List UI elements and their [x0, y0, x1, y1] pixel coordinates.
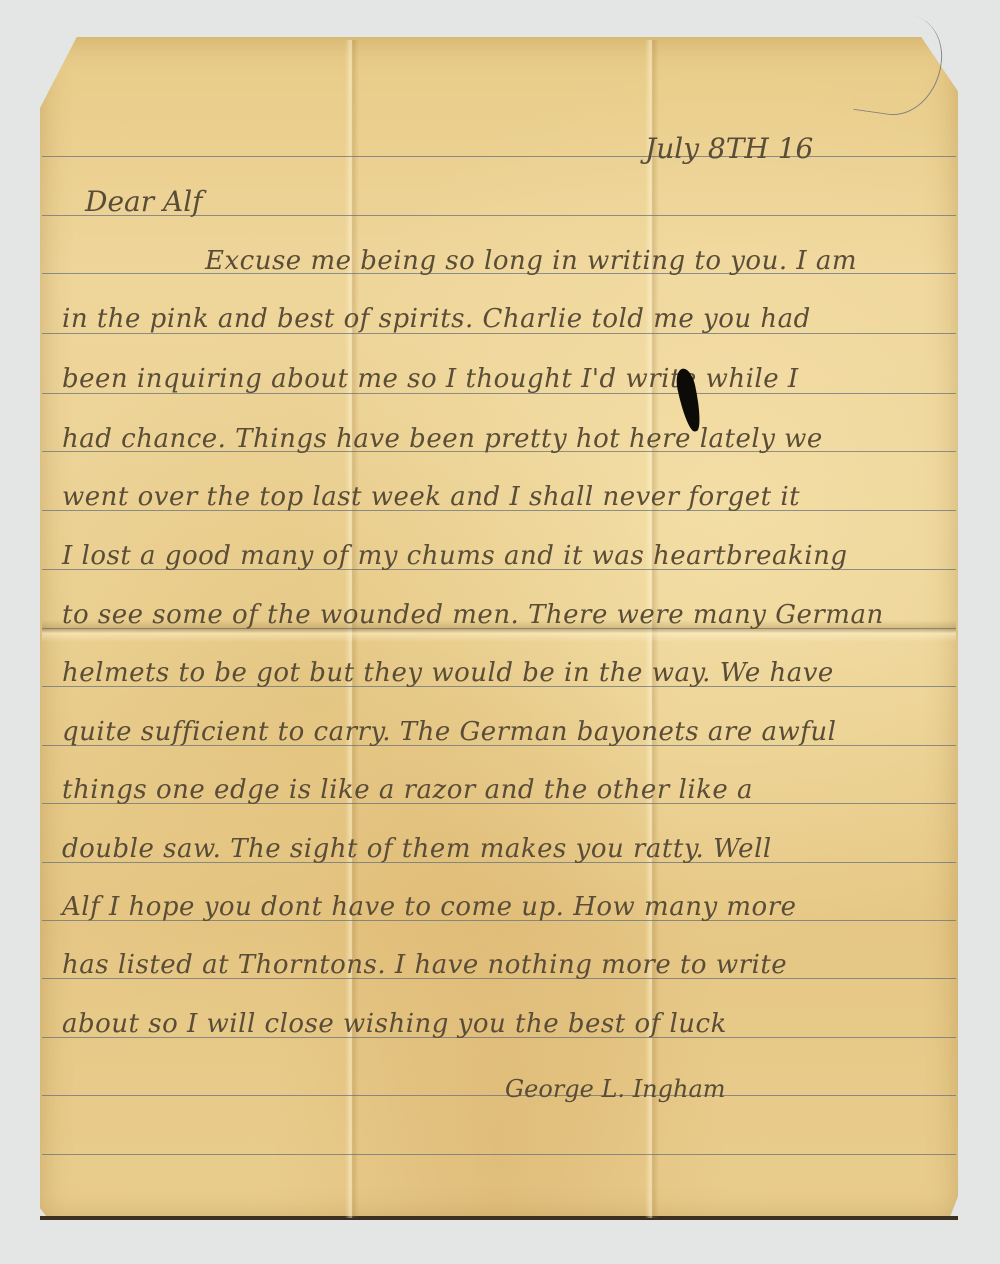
body-line: Excuse me being so long in writing to yo…	[205, 248, 1000, 274]
letter-date: July 8TH 16	[645, 132, 813, 165]
body-line: has listed at Thorntons. I have nothing …	[62, 952, 942, 978]
body-line: I lost a good many of my chums and it wa…	[62, 543, 942, 569]
paper-bottom-edge	[40, 1216, 958, 1220]
body-line: Alf I hope you dont have to come up. How…	[62, 894, 942, 920]
body-line: things one edge is like a razor and the …	[62, 777, 942, 803]
letter-salutation: Dear Alf	[85, 185, 203, 218]
letter-signature: George L. Ingham	[505, 1075, 726, 1103]
ruled-line	[42, 1095, 956, 1096]
body-line: been inquiring about me so I thought I'd…	[62, 366, 942, 392]
body-line: went over the top last week and I shall …	[62, 484, 942, 510]
body-line: to see some of the wounded men. There we…	[62, 602, 942, 628]
body-line: double saw. The sight of them makes you …	[62, 836, 942, 862]
body-line: had chance. Things have been pretty hot …	[62, 426, 942, 452]
ruled-line	[42, 1154, 956, 1155]
ruled-line	[42, 156, 956, 157]
body-line: quite sufficient to carry. The German ba…	[62, 719, 942, 745]
body-line: about so I will close wishing you the be…	[62, 1011, 942, 1037]
body-line: helmets to be got but they would be in t…	[62, 660, 942, 686]
body-line: in the pink and best of spirits. Charlie…	[62, 306, 942, 332]
